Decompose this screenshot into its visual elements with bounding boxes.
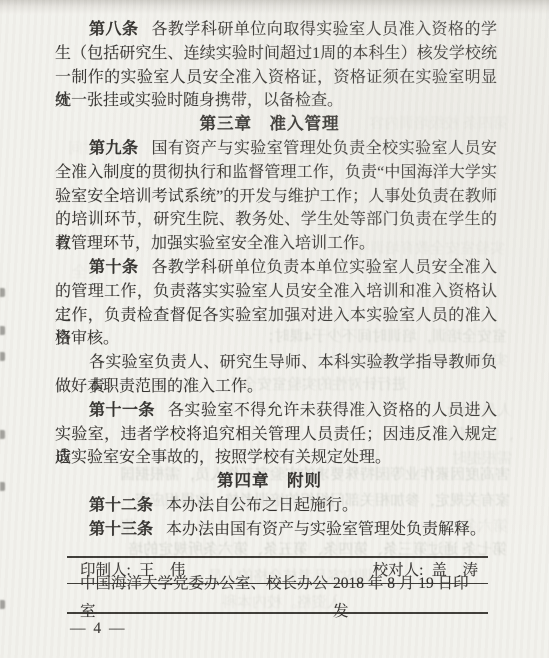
text-line: 第八条各教学科研单位向取得实验室人员准入资格的学 <box>55 18 497 42</box>
article-number: 第八条 <box>89 21 138 38</box>
text-line: 育管理环节，加强实验室安全准入培训工作。 <box>55 232 497 256</box>
scan-edge-mark <box>0 600 5 609</box>
text-line: 做好本职责范围的准入工作。 <box>55 375 497 399</box>
scan-edge-mark <box>0 326 5 335</box>
text-line: 格审核。 <box>55 327 497 351</box>
line-text: 本办法自公布之日起施行。 <box>166 497 358 514</box>
line-text: 做好本职责范围的准入工作。 <box>55 378 263 395</box>
article-number: 第十条 <box>89 259 138 276</box>
text-line: 的培训环节，研究生院、教务处、学生处等部门负责在学生的教 <box>55 208 497 232</box>
scan-edge-mark <box>0 482 5 491</box>
line-text: 统一张挂或实验时随身携带，以备检查。 <box>55 92 343 109</box>
article-number: 第十一条 <box>89 402 155 419</box>
scanned-document-page: 第四条 校级培训内容培训时间大实验室安全教育培训考试安全室安全培训，培训时间不少… <box>0 0 549 658</box>
page-number: — 4 — <box>70 620 127 638</box>
text-line: 验室安全培训考试系统”的开发与维护工作；人事处负责在教师 <box>55 185 497 209</box>
line-text: 各教学科研单位向取得实验室人员准入资格的学 <box>151 21 497 38</box>
text-line: 工作，负责检查督促各实验室加强对进入本实验室人员的准入资 <box>55 304 497 328</box>
line-text: 国有资产与实验室管理处负责全校实验室人员安 <box>151 140 497 157</box>
article-number: 第十二条 <box>89 497 153 514</box>
line-text: 育管理环节，加强实验室安全准入培训工作。 <box>55 235 375 252</box>
line-text: 格审核。 <box>55 330 119 347</box>
section-heading: 第四章 附则 <box>55 470 497 494</box>
section-heading: 第三章 准入管理 <box>55 113 497 137</box>
line-text: 生（包括研究生、连续实验时间超过1周的本科生）核发学校统 <box>55 45 497 62</box>
issuing-offices: 中国海洋大学党委办公室、校长办公室 <box>80 570 333 626</box>
line-text: 验室安全培训考试系统”的开发与维护工作；人事处负责在教师 <box>55 188 497 205</box>
text-line: 生（包括研究生、连续实验时间超过1周的本科生）核发学校统 <box>55 42 497 66</box>
text-line: 统一张挂或实验时随身携带，以备检查。 <box>55 89 497 113</box>
colophon-table: 印制人:王 伟 校对人:盖 涛 中国海洋大学党委办公室、校长办公室 2018 年… <box>67 556 488 614</box>
line-text: 全准入制度的贯彻执行和监督管理工作，负责“中国海洋大学实 <box>55 164 497 181</box>
line-text: 各实验室不得允许未获得准入资格的人员进入 <box>168 402 497 419</box>
text-line: 第十二条本办法自公布之日起施行。 <box>55 494 497 518</box>
line-text: 成实验室安全事故的，按照学校有关规定处理。 <box>55 449 391 466</box>
text-line: 成实验室安全事故的，按照学校有关规定处理。 <box>55 446 497 470</box>
issue-date: 2018 年 8 月 19 日印发 <box>333 570 478 626</box>
text-line: 一制作的实验室人员安全准入资格证，资格证须在实验室明显处 <box>55 66 497 90</box>
scan-edge-mark <box>0 430 5 439</box>
document-body: 第八条各教学科研单位向取得实验室人员准入资格的学生（包括研究生、连续实验时间超过… <box>55 18 497 542</box>
scan-edge-mark <box>0 352 5 361</box>
text-line: 各实验室负责人、研究生导师、本科实验教学指导教师负责 <box>55 351 497 375</box>
text-line: 第十一条各实验室不得允许未获得准入资格的人员进入 <box>55 399 497 423</box>
colophon-row-issue: 中国海洋大学党委办公室、校长办公室 2018 年 8 月 19 日印发 <box>67 584 488 612</box>
text-line: 的管理工作，负责落实实验室人员安全准入培训和准入资格认定 <box>55 280 497 304</box>
text-line: 第十三条本办法由国有资产与实验室管理处负责解释。 <box>55 518 497 542</box>
text-line: 第十条各教学科研单位负责本单位实验室人员安全准入 <box>55 256 497 280</box>
article-number: 第三章 准入管理 <box>200 115 340 133</box>
article-number: 第九条 <box>89 140 138 157</box>
line-text: 各教学科研单位负责本单位实验室人员安全准入 <box>151 259 497 276</box>
article-number: 第十三条 <box>89 521 153 538</box>
text-line: 全准入制度的贯彻执行和监督管理工作，负责“中国海洋大学实 <box>55 161 497 185</box>
text-line: 第九条国有资产与实验室管理处负责全校实验室人员安 <box>55 137 497 161</box>
article-number: 第四章 附则 <box>217 472 322 490</box>
scan-edge-mark <box>0 288 5 297</box>
line-text: 本办法由国有资产与实验室管理处负责解释。 <box>166 521 486 538</box>
text-line: 实验室，违者学校将追究相关管理人员责任；因违反准入规定造 <box>55 423 497 447</box>
